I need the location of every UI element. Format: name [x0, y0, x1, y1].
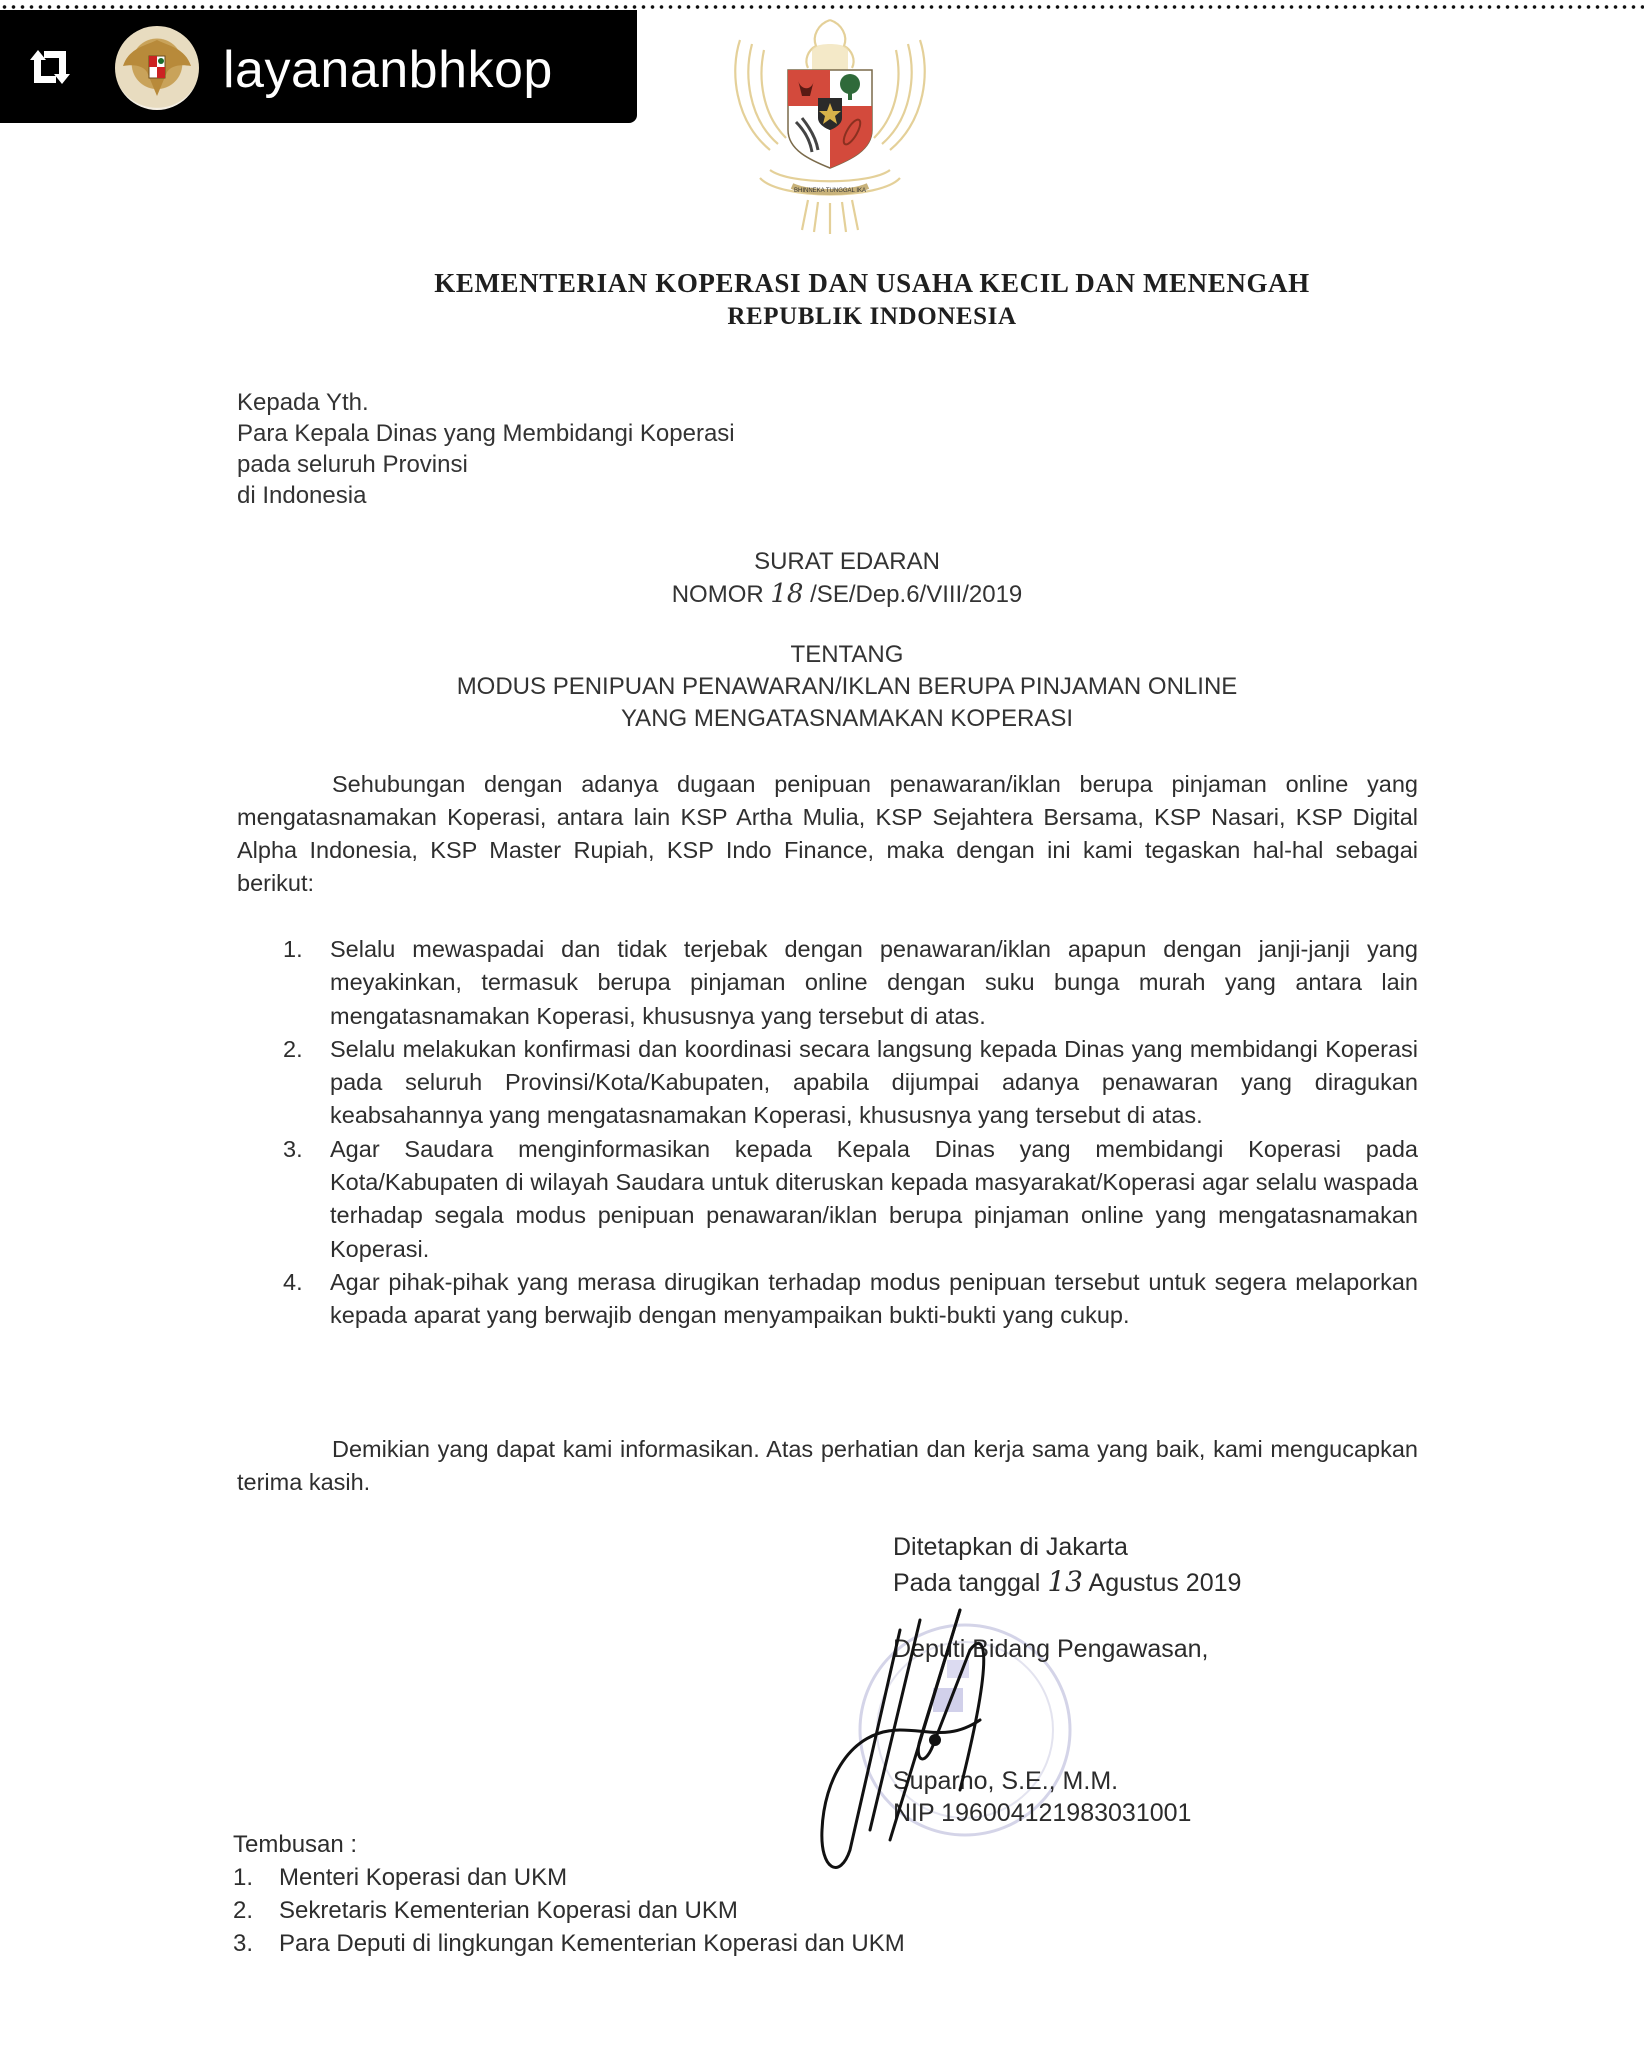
- list-item: 3. Agar Saudara menginformasikan kepada …: [283, 1133, 1418, 1266]
- item-text: Agar Saudara menginformasikan kepada Kep…: [330, 1133, 1418, 1266]
- addressee-line: pada seluruh Provinsi: [237, 449, 468, 481]
- place-of-issue: Ditetapkan di Jakarta: [893, 1531, 1128, 1564]
- item-number: 3.: [283, 1133, 330, 1266]
- addressee-line: Kepada Yth.: [237, 387, 369, 419]
- copy-text: Para Deputi di lingkungan Kementerian Ko…: [279, 1927, 905, 1960]
- number-suffix: /SE/Dep.6/VIII/2019: [810, 581, 1022, 608]
- copy-number: 2.: [233, 1894, 279, 1927]
- avatar[interactable]: [115, 26, 199, 110]
- about-label: TENTANG: [0, 639, 1644, 671]
- copies-block: Tembusan : 1. Menteri Koperasi dan UKM 2…: [233, 1828, 905, 1960]
- addressee-line: Para Kepala Dinas yang Membidangi Kopera…: [237, 418, 735, 450]
- copy-item: 3. Para Deputi di lingkungan Kementerian…: [233, 1927, 905, 1960]
- repost-badge[interactable]: layananbhkop: [0, 10, 637, 123]
- item-text: Selalu mewaspadai dan tidak terjebak den…: [330, 933, 1418, 1033]
- garuda-emblem-avatar-icon: [115, 26, 199, 110]
- document-type: SURAT EDARAN: [0, 546, 1644, 578]
- handwritten-number: 18: [770, 579, 803, 609]
- item-number: 2.: [283, 1033, 330, 1133]
- copy-number: 1.: [233, 1861, 279, 1894]
- closing-text: Demikian yang dapat kami informasikan. A…: [237, 1436, 1418, 1495]
- addressee-line: di Indonesia: [237, 480, 366, 512]
- document-number: NOMOR 18 /SE/Dep.6/VIII/2019: [0, 578, 1644, 611]
- repost-icon: [26, 46, 74, 88]
- item-text: Selalu melakukan konfirmasi dan koordina…: [330, 1033, 1418, 1133]
- subject-line-2: YANG MENGATASNAMAKAN KOPERASI: [0, 703, 1644, 735]
- copy-item: 2. Sekretaris Kementerian Koperasi dan U…: [233, 1894, 905, 1927]
- item-number: 1.: [283, 933, 330, 1033]
- garuda-pancasila-emblem-icon: BHINNEKA TUNGGAL IKA: [700, 10, 960, 235]
- svg-text:BHINNEKA TUNGGAL IKA: BHINNEKA TUNGGAL IKA: [794, 188, 866, 194]
- subject-line-1: MODUS PENIPUAN PENAWARAN/IKLAN BERUPA PI…: [0, 671, 1644, 703]
- ministry-name: KEMENTERIAN KOPERASI DAN USAHA KECIL DAN…: [0, 268, 1644, 299]
- number-prefix: NOMOR: [672, 581, 764, 608]
- closing-paragraph: Demikian yang dapat kami informasikan. A…: [237, 1433, 1418, 1499]
- date-rest: Agustus 2019: [1089, 1569, 1242, 1597]
- list-item: 1. Selalu mewaspadai dan tidak terjebak …: [283, 933, 1418, 1033]
- copy-item: 1. Menteri Koperasi dan UKM: [233, 1861, 905, 1894]
- username[interactable]: layananbhkop: [223, 40, 553, 100]
- list-item: 2. Selalu melakukan konfirmasi dan koord…: [283, 1033, 1418, 1133]
- copy-text: Sekretaris Kementerian Koperasi dan UKM: [279, 1894, 738, 1927]
- copies-label: Tembusan :: [233, 1828, 905, 1861]
- copy-text: Menteri Koperasi dan UKM: [279, 1861, 567, 1894]
- intro-paragraph: Sehubungan dengan adanya dugaan penipuan…: [237, 768, 1418, 900]
- intro-text: Sehubungan dengan adanya dugaan penipuan…: [237, 771, 1418, 896]
- copy-number: 3.: [233, 1927, 279, 1960]
- list-item: 4. Agar pihak-pihak yang merasa dirugika…: [283, 1266, 1418, 1333]
- points-list: 1. Selalu mewaspadai dan tidak terjebak …: [283, 933, 1418, 1333]
- item-number: 4.: [283, 1266, 330, 1333]
- item-text: Agar pihak-pihak yang merasa dirugikan t…: [330, 1266, 1418, 1333]
- country-name: REPUBLIK INDONESIA: [0, 303, 1644, 331]
